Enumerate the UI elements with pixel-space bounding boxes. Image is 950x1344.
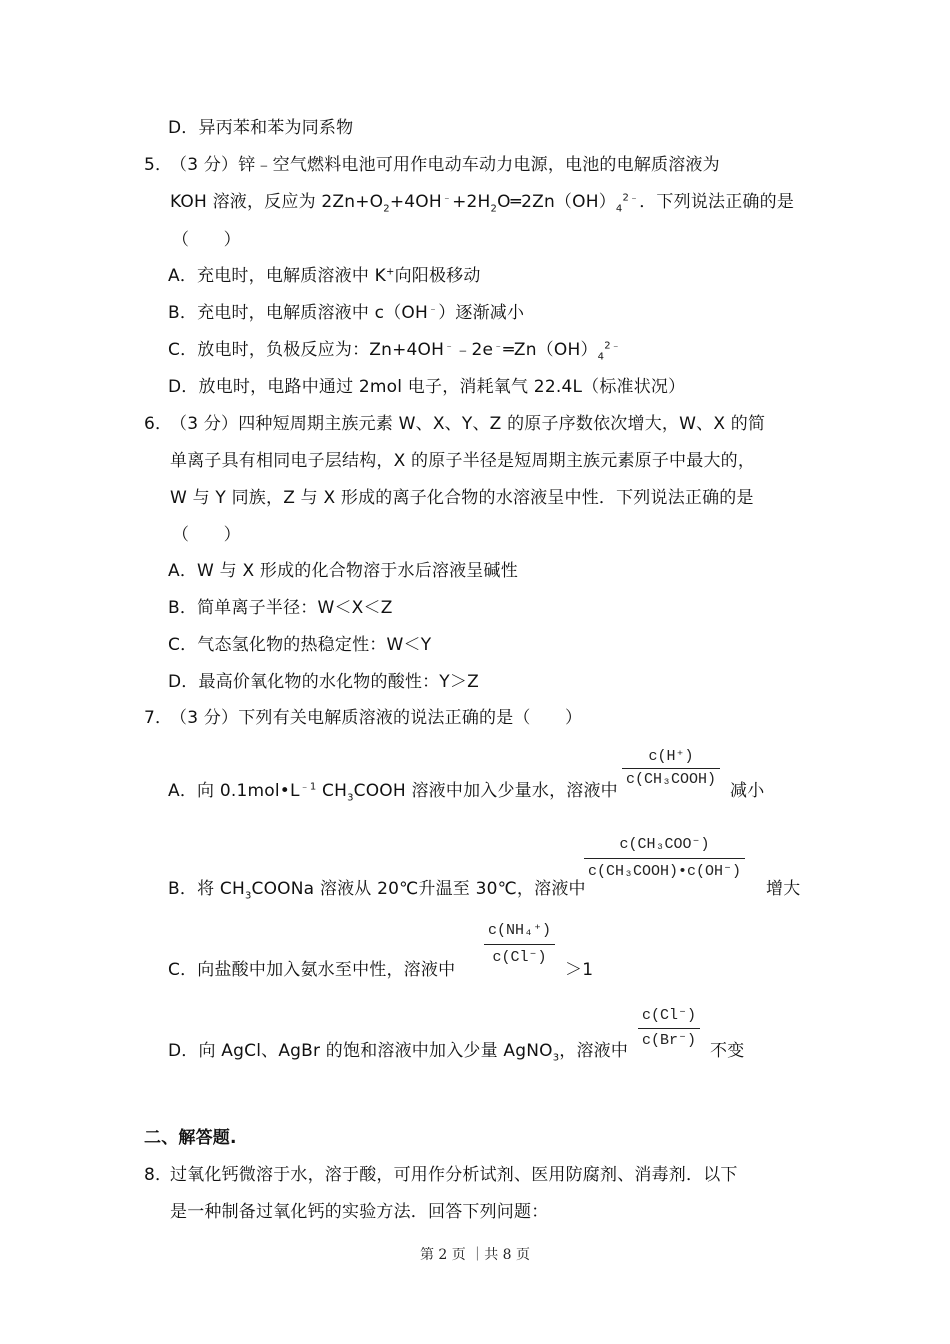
option-text: 气态氢化物的热稳定性：W＜Y [197, 635, 431, 655]
option-text: 向 AgCl、AgBr 的饱和溶液中加入少量 AgNO [199, 1041, 553, 1061]
option-text: ，溶液中 [559, 1041, 628, 1061]
fraction-denominator: c(CH₃COOH)•c(OH⁻) [584, 863, 745, 881]
q7-option-a: A．向 0.1mol•L﹣1 CH3COOH 溶液中加入少量水，溶液中 [168, 781, 618, 801]
q5-reaction-part: O═2Zn（OH） [497, 192, 616, 212]
fraction-denominator: c(Br⁻) [638, 1032, 700, 1050]
q4-option-d: D．异丙苯和苯为同系物 [168, 118, 353, 138]
q6-option-c: C．气态氢化物的热稳定性：W＜Y [168, 635, 431, 655]
option-label: A． [168, 781, 197, 801]
q7-number: 7． [144, 708, 170, 728]
q7-a-conclusion: 减小 [730, 781, 764, 801]
option-label: C． [168, 340, 197, 360]
q7-option-c: C．向盐酸中加入氨水至中性，溶液中 [168, 960, 455, 980]
option-label: C． [168, 635, 197, 655]
option-text: COONa 溶液从 20℃升温至 30℃，溶液中 [252, 879, 586, 899]
option-label: A． [168, 561, 197, 581]
option-text: 向阳极移动 [395, 266, 481, 286]
fraction-bar [484, 944, 555, 945]
option-text: W 与 X 形成的化合物溶于水后溶液呈碱性 [197, 561, 518, 581]
option-text: 将 CH [197, 879, 245, 899]
option-text: 充电时，电解质溶液中 c（OH [197, 303, 428, 323]
option-text: ）逐渐减小 [438, 303, 524, 323]
q6-option-a: A．W 与 X 形成的化合物溶于水后溶液呈碱性 [168, 561, 518, 581]
q6-stem-text: （3 分）四种短周期主族元素 W、X、Y、Z 的原子序数依次增大，W、X 的简 [170, 414, 765, 434]
q5-reaction-part: +2H [452, 192, 490, 212]
fraction-bar [584, 858, 745, 859]
q7-d-conclusion: 不变 [710, 1041, 744, 1061]
q8-stem-text: 过氧化钙微溶于水，溶于酸，可用作分析试剂、医用防腐剂、消毒剂．以下 [170, 1165, 738, 1185]
q8-number: 8． [144, 1165, 170, 1185]
q7-b-fraction: c(CH₃COO⁻) c(CH₃COOH)•c(OH⁻) [584, 836, 745, 881]
q5-option-a: A．充电时，电解质溶液中 K+向阳极移动 [168, 266, 481, 286]
option-text: CH [316, 781, 347, 801]
option-text: 最高价氧化物的水化物的酸性：Y＞Z [199, 672, 479, 692]
q5-option-c: C．放电时，负极反应为：Zn+4OH﹣﹣2e﹣═Zn（OH）42﹣ [168, 340, 621, 360]
fraction-denominator: c(Cl⁻) [484, 949, 555, 967]
option-label: C． [168, 960, 197, 980]
option-text: 放电时，负极反应为：Zn+4OH [197, 340, 444, 360]
option-label: A． [168, 266, 197, 286]
fraction-bar [622, 768, 720, 769]
q7-a-fraction: c(H⁺) c(CH₃COOH) [622, 748, 720, 789]
option-label: B． [168, 598, 197, 618]
fraction-denominator: c(CH₃COOH) [622, 771, 720, 789]
q7-stem-text: （3 分）下列有关电解质溶液的说法正确的是（ ） [170, 708, 582, 728]
page-footer: 第 2 页 ｜共 8 页 [0, 1244, 950, 1264]
q7-d-fraction: c(Cl⁻) c(Br⁻) [638, 1007, 700, 1050]
q6-option-d: D．最高价氧化物的水化物的酸性：Y＞Z [168, 672, 479, 692]
q6-stem-line3: W 与 Y 同族，Z 与 X 形成的离子化合物的水溶液呈中性．下列说法正确的是 [170, 488, 754, 508]
q5-number: 5． [144, 155, 170, 175]
option-sup: ﹣ [428, 303, 438, 314]
option-text: 向盐酸中加入氨水至中性，溶液中 [197, 960, 455, 980]
q5-answer-blank: （ ） [172, 230, 241, 250]
fraction-bar [638, 1028, 700, 1029]
q7-option-b: B．将 CH3COONa 溶液从 20℃升温至 30℃，溶液中 [168, 879, 586, 899]
option-text: COOH 溶液中加入少量水，溶液中 [354, 781, 618, 801]
q6-answer-blank: （ ） [172, 525, 241, 545]
q6-stem-line1: 6．（3 分）四种短周期主族元素 W、X、Y、Z 的原子序数依次增大，W、X 的… [144, 414, 765, 434]
option-label: D． [168, 672, 199, 692]
option-label: D． [168, 1041, 199, 1061]
section-title: 二、解答题. [144, 1128, 237, 1148]
q5-stem-line1: 5．（3 分）锌﹣空气燃料电池可用作电动车动力电源，电池的电解质溶液为 [144, 155, 720, 175]
option-text: ═Zn（OH） [503, 340, 597, 360]
option-sup: ﹣ [444, 340, 454, 351]
q7-option-d: D．向 AgCl、AgBr 的饱和溶液中加入少量 AgNO3，溶液中 [168, 1041, 628, 1061]
q7-b-conclusion: 增大 [766, 879, 800, 899]
q6-number: 6． [144, 414, 170, 434]
option-label: D． [168, 377, 199, 397]
q5-option-d: D．放电时，电路中通过 2mol 电子，消耗氧气 22.4L（标准状况） [168, 377, 685, 397]
fraction-numerator: c(CH₃COO⁻) [584, 836, 745, 854]
q6-option-b: B．简单离子半径：W＜X＜Z [168, 598, 393, 618]
q5-stem-suffix: ．下列说法正确的是 [639, 192, 794, 212]
q5-reaction-part: +4OH [390, 192, 442, 212]
q5-sup: ﹣ [442, 192, 452, 203]
option-sup: 2﹣ [604, 340, 621, 351]
q6-stem-line2: 单离子具有相同电子层结构，X 的原子半径是短周期主族元素原子中最大的， [170, 451, 755, 471]
option-text: ﹣2e [454, 340, 493, 360]
fraction-numerator: c(NH₄⁺) [484, 922, 555, 940]
q5-stem-line2: KOH 溶液，反应为 2Zn+O2+4OH﹣+2H2O═2Zn（OH）42﹣．下… [170, 192, 794, 212]
q5-reaction-part: KOH 溶液，反应为 2Zn+O [170, 192, 383, 212]
option-sup: ﹣ [493, 340, 503, 351]
q8-stem-line1: 8．过氧化钙微溶于水，溶于酸，可用作分析试剂、医用防腐剂、消毒剂．以下 [144, 1165, 738, 1185]
q8-stem-line2: 是一种制备过氧化钙的实验方法．回答下列问题： [170, 1202, 548, 1222]
q5-sup: 2﹣ [622, 192, 639, 203]
q7-c-conclusion: ＞1 [565, 960, 593, 980]
q7-c-fraction: c(NH₄⁺) c(Cl⁻) [484, 922, 555, 967]
q7-stem: 7．（3 分）下列有关电解质溶液的说法正确的是（ ） [144, 708, 582, 728]
option-text: 简单离子半径：W＜X＜Z [197, 598, 393, 618]
option-label: B． [168, 879, 197, 899]
option-sub: 4 [598, 351, 605, 362]
option-text: 充电时，电解质溶液中 K [197, 266, 386, 286]
option-text: 放电时，电路中通过 2mol 电子，消耗氧气 22.4L（标准状况） [199, 377, 686, 397]
q5-sub: 4 [616, 203, 623, 214]
option-text: 向 0.1mol•L [197, 781, 300, 801]
fraction-numerator: c(H⁺) [622, 748, 720, 766]
fraction-numerator: c(Cl⁻) [638, 1007, 700, 1025]
option-sup: ﹣1 [300, 781, 317, 792]
option-label: B． [168, 303, 197, 323]
q5-stem-text: （3 分）锌﹣空气燃料电池可用作电动车动力电源，电池的电解质溶液为 [170, 155, 720, 175]
q5-option-b: B．充电时，电解质溶液中 c（OH﹣）逐渐减小 [168, 303, 524, 323]
option-sup: + [386, 266, 395, 277]
